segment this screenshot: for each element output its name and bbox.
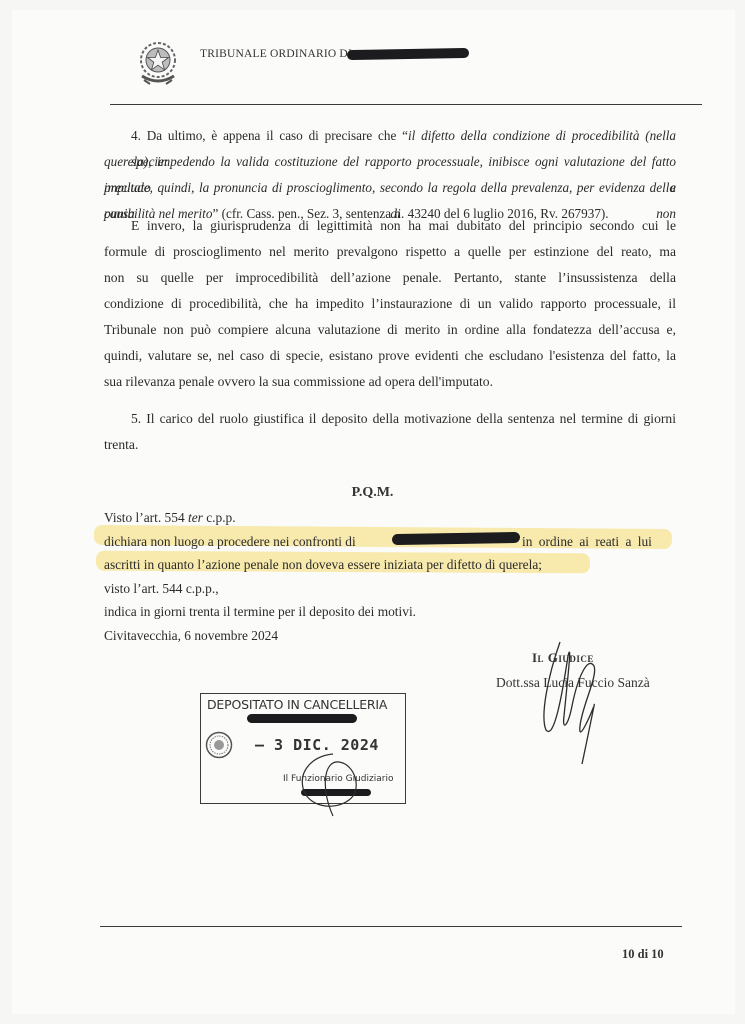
filing-stamp: DEPOSITATO IN CANCELLERIA – 3 DIC. 2024 … (200, 693, 406, 804)
header-divider (110, 104, 702, 105)
p4-line-2: querela), impedendo la valida costituzio… (104, 149, 676, 175)
p4b-line: sua rilevanza penale ovvero la sua commi… (104, 369, 676, 395)
redacted-defendant-name (392, 532, 520, 545)
p4b-line: Tribunale non può compiere alcuna valuta… (104, 317, 676, 343)
redacted-court-city (347, 48, 469, 60)
pqm-heading: P.Q.M. (0, 485, 745, 501)
stamp-header: DEPOSITATO IN CANCELLERIA (207, 697, 387, 712)
pqm-line-1: Visto l’art. 554 ter c.p.p. (104, 506, 676, 530)
p4b-line: quindi, valutare se, nel caso di specie,… (104, 343, 676, 369)
stamp-signature (293, 750, 373, 816)
p4-line-3: preclude, quindi, la pronuncia di prosci… (104, 175, 676, 201)
page-number: 10 di 10 (622, 947, 664, 962)
p4b-line: condizione di procedibilità, che ha impe… (104, 291, 676, 317)
paragraph-4: 4. Da ultimo, è appena il caso di precis… (104, 123, 676, 227)
court-title-text: TRIBUNALE ORDINARIO DI (200, 48, 352, 60)
p4b-line: E invero, la giurisprudenza di legittimi… (104, 213, 676, 239)
italian-republic-emblem-icon (136, 40, 180, 86)
p4b-line: non su quelle per improcedibilità dell’a… (104, 265, 676, 291)
pqm-line-4: visto l’art. 544 c.p.p., (104, 577, 676, 601)
pqm-line-5: indica in giorni trenta il termine per i… (104, 600, 676, 624)
p4-line-1: 4. Da ultimo, è appena il caso di precis… (104, 123, 676, 149)
footer-divider (100, 926, 682, 927)
p5-line: trenta. (104, 432, 676, 458)
handwritten-signature (538, 636, 608, 766)
p5-line: 5. Il carico del ruolo giustifica il dep… (104, 406, 676, 432)
court-seal-icon (205, 731, 233, 759)
pqm-block: Visto l’art. 554 ter c.p.p. dichiara non… (104, 506, 676, 647)
paragraph-4b: E invero, la giurisprudenza di legittimi… (104, 213, 676, 395)
p4b-line: formule di proscioglimento nel merito pr… (104, 239, 676, 265)
court-title: TRIBUNALE ORDINARIO DI (200, 48, 352, 60)
pqm-line-3: ascritti in quanto l’azione penale non d… (104, 553, 676, 577)
pqm-line-2: dichiara non luogo a procedere nei confr… (104, 530, 676, 554)
paragraph-5: 5. Il carico del ruolo giustifica il dep… (104, 406, 676, 458)
redacted-stamp-line (247, 714, 357, 723)
